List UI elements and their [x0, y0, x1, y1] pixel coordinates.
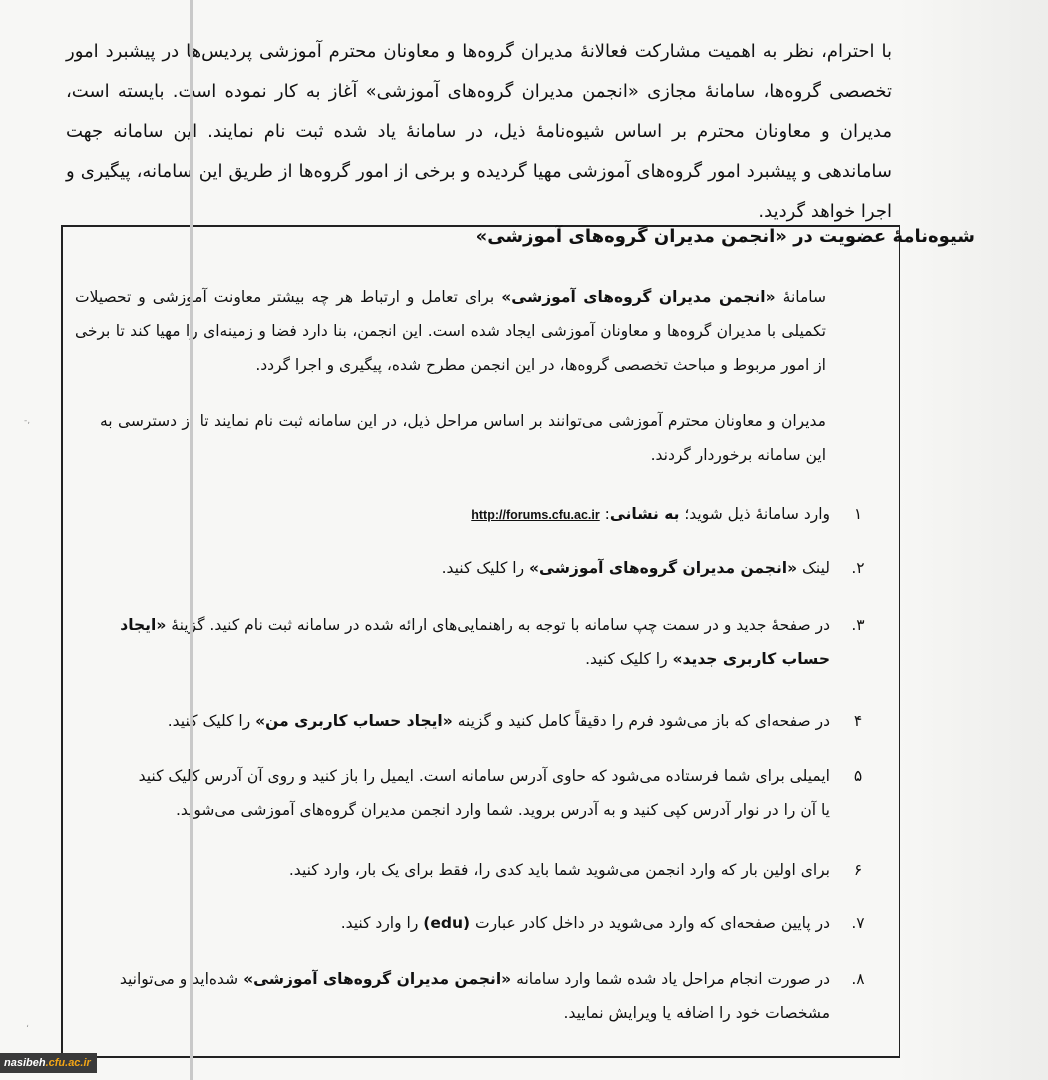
step-text: را کلیک کنید. [585, 650, 672, 668]
watermark-badge: nasibeh.cfu.ac.ir [0, 1053, 97, 1073]
box-title: شیوه‌نامهٔ عضویت در «انجمن مدیران گروه‌ه… [476, 226, 975, 247]
scan-fold-line [190, 0, 193, 1080]
step-number: ۶ [848, 853, 868, 887]
step-3: ۳. در صفحهٔ جدید و در سمت چپ سامانه با ت… [115, 608, 830, 676]
step-number: ۱ [848, 497, 868, 531]
step-bold: «ایجاد حساب کاربری من» [255, 712, 453, 730]
step-6: ۶ برای اولین بار که وارد انجمن می‌شوید ش… [130, 853, 830, 887]
scan-speck: -, [24, 416, 30, 426]
step-number: ۴ [848, 704, 868, 738]
p1-bold-system-name: «انجمن مدیران گروه‌های آموزشی» [501, 288, 775, 306]
step-text: برای اولین بار که وارد انجمن می‌شوید شما… [130, 853, 830, 887]
scanned-document-page: با احترام، نظر به اهمیت مشارکت فعالانهٔ … [0, 0, 1048, 1080]
step-text: ایمیلی برای شما فرستاده می‌شود که حاوی آ… [130, 759, 830, 827]
step-5: ۵ ایمیلی برای شما فرستاده می‌شود که حاوی… [130, 759, 830, 827]
step-text: در صورت انجام مراحل یاد شده شما وارد سام… [511, 970, 830, 988]
p1-prefix: سامانهٔ [776, 288, 826, 306]
watermark-name: nasibeh [4, 1057, 46, 1069]
step-number: ۵ [848, 759, 868, 793]
step-bold: «انجمن مدیران گروه‌های آموزشی» [529, 559, 797, 577]
step-number: ۳. [848, 608, 868, 642]
step-number: ۸. [848, 962, 868, 996]
step-2: ۲. لینک «انجمن مدیران گروه‌های آموزشی» ر… [230, 551, 830, 585]
step-text: در پایین صفحه‌ای که وارد می‌شوید در داخل… [470, 914, 830, 932]
step-number: ۷. [848, 906, 868, 940]
watermark-domain: .cfu.ac.ir [46, 1057, 91, 1069]
step-text: در صفحهٔ جدید و در سمت چپ سامانه با توجه… [166, 616, 830, 634]
step-bold: (edu) [423, 914, 470, 932]
box-paragraph-1: سامانهٔ «انجمن مدیران گروه‌های آموزشی» ب… [75, 280, 826, 382]
box-paragraph-2: مدیران و معاونان محترم آموزشی می‌توانند … [100, 404, 826, 472]
step-text: در صفحه‌ای که باز می‌شود فرم را دقیقاً ک… [453, 712, 830, 730]
step-text: را کلیک کنید. [168, 712, 255, 730]
step-1: ۱ وارد سامانهٔ ذیل شوید؛ به نشانی: http:… [230, 497, 830, 532]
scan-speck: ، [26, 1020, 29, 1030]
step-bold: «انجمن مدیران گروه‌های آموزشی» [243, 970, 511, 988]
scan-shadow [898, 0, 1048, 1080]
step-text: : [600, 505, 610, 523]
step-number: ۲. [848, 551, 868, 585]
step-text: لینک [797, 559, 830, 577]
forums-link[interactable]: http://forums.cfu.ac.ir [471, 508, 599, 522]
step-7: ۷. در پایین صفحه‌ای که وارد می‌شوید در د… [130, 906, 830, 940]
step-text: وارد سامانهٔ ذیل شوید؛ [679, 505, 830, 523]
step-bold: به نشانی [610, 505, 680, 523]
step-text: را وارد کنید. [341, 914, 424, 932]
step-text: را کلیک کنید. [442, 559, 529, 577]
step-8: ۸. در صورت انجام مراحل یاد شده شما وارد … [115, 962, 830, 1030]
step-4: ۴ در صفحه‌ای که باز می‌شود فرم را دقیقاً… [130, 704, 830, 738]
